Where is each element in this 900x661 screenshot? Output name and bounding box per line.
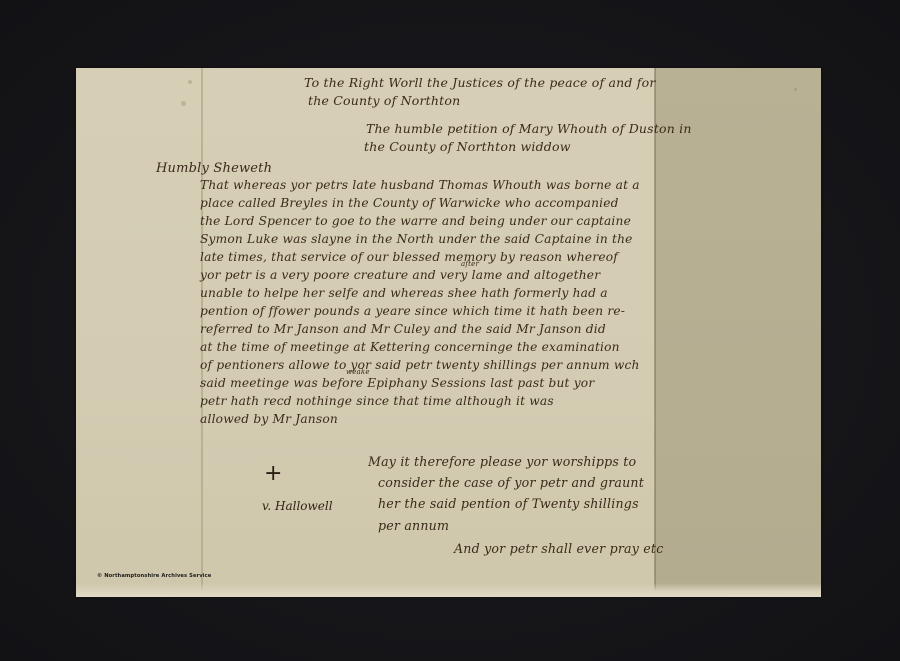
body-line: That whereas yor petrs late husband Thom… [200, 178, 640, 192]
manuscript-page: To the Right Worll the Justices of the p… [76, 68, 821, 597]
paper-bottom-edge [76, 583, 821, 597]
prayer-line: consider the case of yor petr and graunt [378, 475, 644, 490]
body-line: place called Breyles in the County of Wa… [200, 196, 619, 210]
petition-title-line-1: The humble petition of Mary Whouth of Du… [366, 121, 692, 136]
interlinear-word: weake [346, 368, 370, 376]
body-line: unable to helpe her selfe and whereas sh… [200, 286, 608, 300]
ink-spot [794, 88, 797, 91]
signatory-mark: + [264, 463, 282, 485]
body-line: the Lord Spencer to goe to the warre and… [200, 214, 631, 228]
interlinear-word: after [461, 260, 479, 268]
closing-line: And yor petr shall ever pray etc [454, 541, 663, 556]
body-line: petr hath recd nothinge since that time … [200, 394, 554, 408]
paper-right-panel [655, 68, 821, 597]
petition-title-line-2: the County of Northton widdow [364, 139, 571, 154]
address-line-1: To the Right Worll the Justices of the p… [304, 75, 656, 90]
ink-spot [181, 101, 186, 106]
body-line: Symon Luke was slayne in the North under… [200, 232, 633, 246]
body-line: of pentioners allowe to yor said petr tw… [200, 358, 640, 372]
body-line: late times, that service of our blessed … [200, 250, 618, 264]
body-line: yor petr is a very poore creature and ve… [200, 268, 600, 282]
fold-line-right [654, 68, 656, 597]
prayer-line: per annum [378, 518, 449, 533]
ink-spot [188, 80, 192, 84]
body-line: said meetinge was before Epiphany Sessio… [200, 376, 594, 390]
signature: v. Hallowell [262, 499, 333, 513]
copyright-notice: © Northamptonshire Archives Service [97, 573, 211, 579]
salutation: Humbly Sheweth [156, 161, 272, 176]
body-line: pention of ffower pounds a yeare since w… [200, 304, 625, 318]
body-line: referred to Mr Janson and Mr Culey and t… [200, 322, 606, 336]
address-line-2: the County of Northton [308, 93, 460, 108]
prayer-line: May it therefore please yor worshipps to [368, 454, 636, 469]
prayer-line: her the said pention of Twenty shillings [378, 496, 639, 511]
body-line: at the time of meetinge at Kettering con… [200, 340, 620, 354]
body-line: allowed by Mr Janson [200, 412, 338, 426]
